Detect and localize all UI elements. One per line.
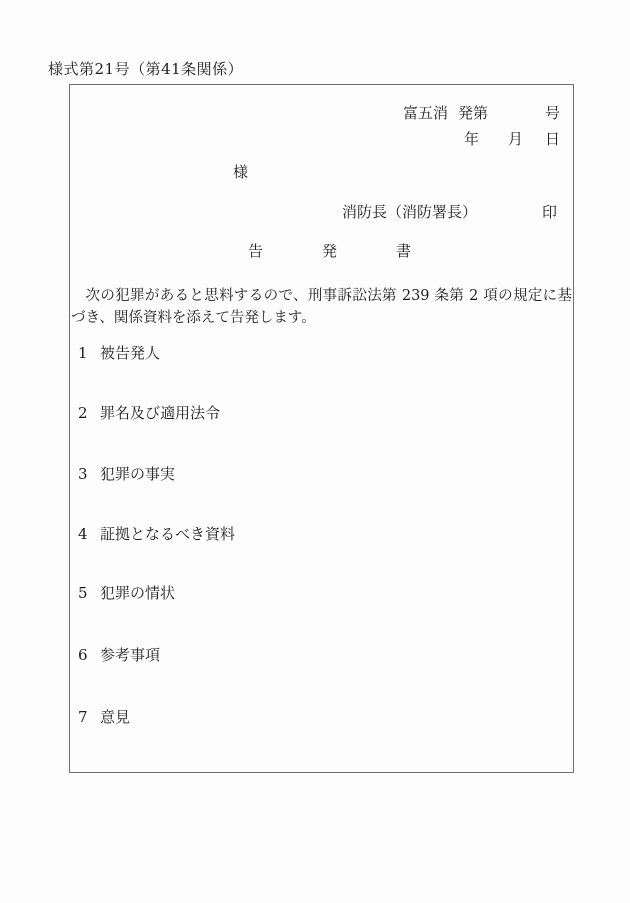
- document-title-char: 告: [248, 244, 263, 259]
- item-label: 被告発人: [100, 344, 160, 362]
- addressee-honorific: 様: [233, 165, 248, 180]
- list-item: 7意見: [78, 710, 130, 725]
- date-month-label: 月: [508, 132, 523, 147]
- body-paragraph: 次の犯罪があると思料するので、刑事訴訟法第 239 条第 2 項の規定に基づき、…: [71, 285, 572, 329]
- item-number: 1: [78, 346, 100, 361]
- sender-title: 消防長（消防署長）: [342, 205, 477, 220]
- item-number: 6: [78, 648, 100, 663]
- item-number: 7: [78, 710, 100, 725]
- list-item: 2罪名及び適用法令: [78, 406, 220, 421]
- list-item: 6参考事項: [78, 648, 160, 663]
- item-number: 5: [78, 586, 100, 601]
- seal-placeholder: 印: [542, 205, 557, 220]
- list-item: 1被告発人: [78, 346, 160, 361]
- item-label: 証拠となるべき資料: [100, 525, 235, 543]
- document-page: 様式第21号（第41条関係） 富五消 発第 号 年 月 日 様 消防長（消防署長…: [0, 0, 630, 903]
- item-label: 犯罪の情状: [100, 584, 175, 602]
- item-number: 2: [78, 406, 100, 421]
- document-title-char: 発: [322, 244, 337, 259]
- date-year-label: 年: [464, 132, 479, 147]
- doc-number-issue-label: 発第: [458, 106, 488, 121]
- doc-number-office-prefix: 富五消: [403, 106, 448, 121]
- item-label: 参考事項: [100, 646, 160, 664]
- list-item: 4証拠となるべき資料: [78, 527, 235, 542]
- list-item: 5犯罪の情状: [78, 586, 175, 601]
- item-label: 罪名及び適用法令: [100, 404, 220, 422]
- date-day-label: 日: [545, 132, 560, 147]
- document-border-frame: [69, 84, 574, 773]
- item-label: 意見: [100, 708, 130, 726]
- doc-number-suffix: 号: [545, 106, 560, 121]
- form-number-label: 様式第21号（第41条関係）: [48, 62, 243, 77]
- item-number: 3: [78, 467, 100, 482]
- document-title: 告 発 書: [248, 244, 411, 259]
- document-title-char: 書: [396, 244, 411, 259]
- item-label: 犯罪の事実: [100, 465, 175, 483]
- list-item: 3犯罪の事実: [78, 467, 175, 482]
- item-number: 4: [78, 527, 100, 542]
